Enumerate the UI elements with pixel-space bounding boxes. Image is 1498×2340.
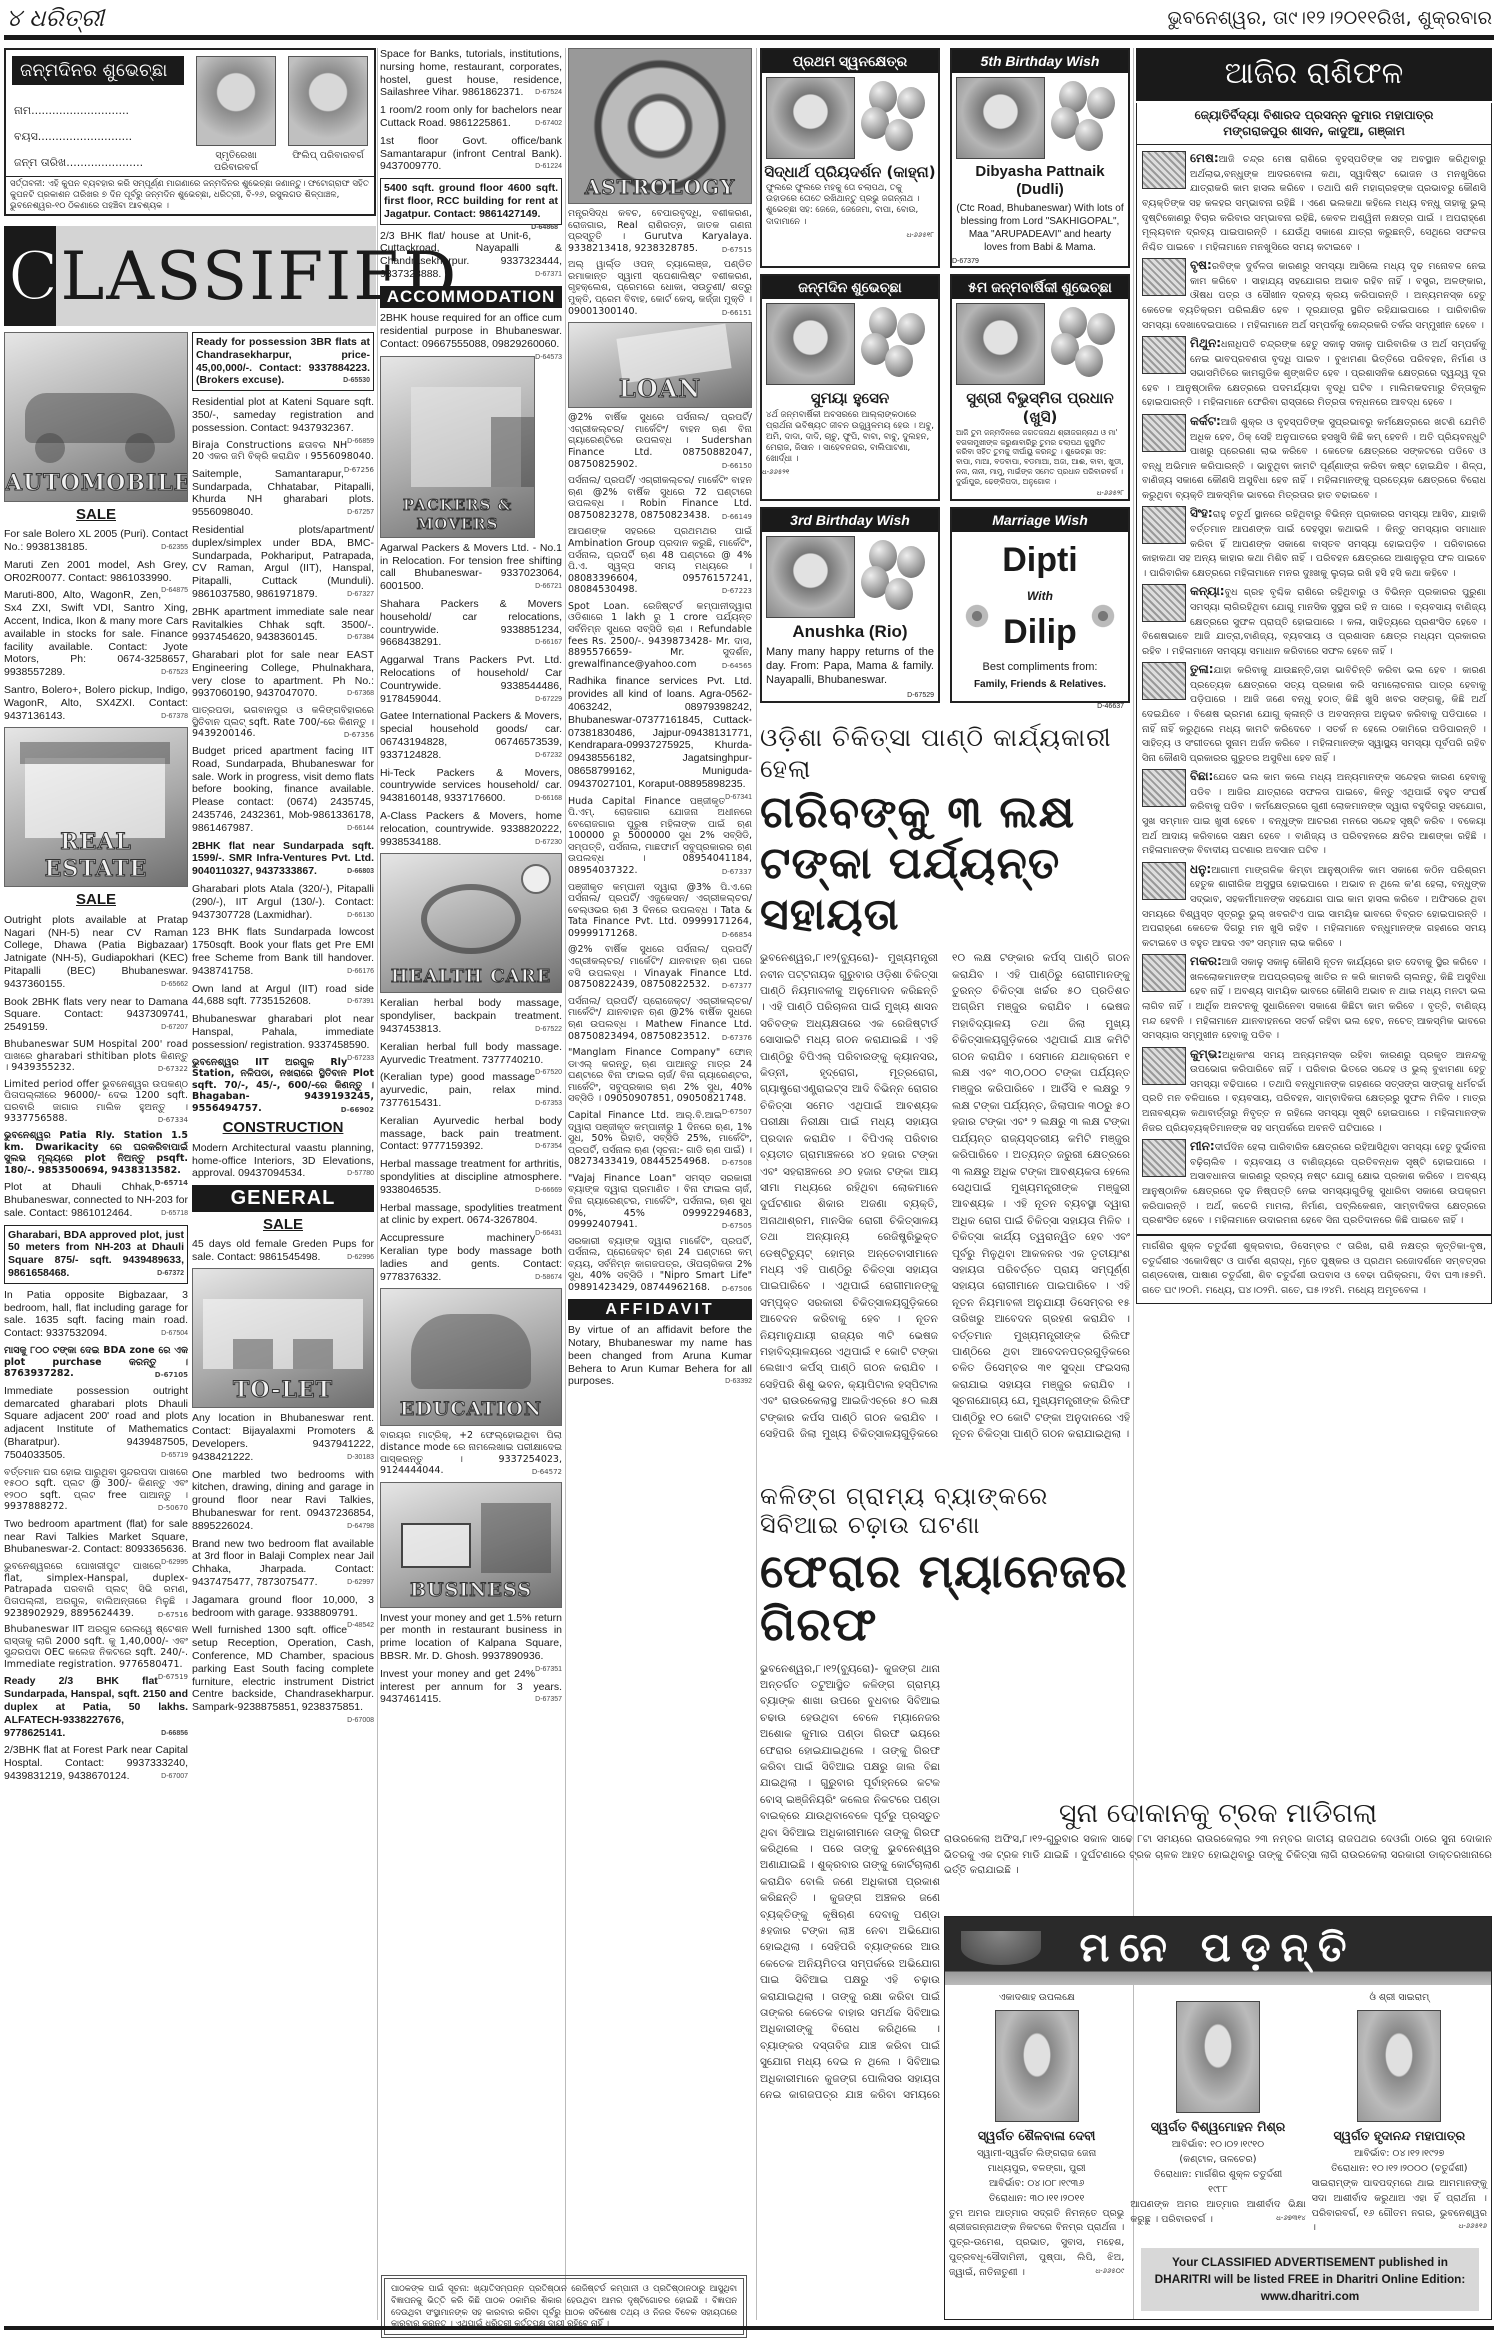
flower-icon bbox=[960, 599, 994, 633]
classified-ad: For sale Bolero XL 2005 (Puri). Contact … bbox=[4, 528, 188, 554]
rashifal-title: ଆଜିର ରାଶିଫଳ bbox=[1136, 48, 1492, 101]
column-1: AUTOMOBILE SALE For sale Bolero XL 2005 … bbox=[4, 332, 188, 2320]
wish-message: ଫୁଲରେ ଫୁଲରେ ମହକୁ ତୋ ଚଲାପଥ, ତକୁ ଉହାଡରେ ତୋ… bbox=[762, 181, 938, 231]
classified-ad-boxed: Ready for possession 3BR flats at Chandr… bbox=[192, 332, 374, 391]
affidavit-heading: AFFIDAVIT bbox=[568, 1299, 752, 1321]
classified-ad: Invest your money and get 1.5% return pe… bbox=[380, 1612, 562, 1663]
sample-photo-1 bbox=[196, 56, 276, 146]
classified-ad: ପଞ୍ଜୀକୃତ କମ୍ପାନୀ ଦ୍ୱାରା @3% ପି.ଏ.ରେ ପର୍ସ… bbox=[568, 882, 752, 940]
packers-movers-image: PACKERS & MOVERS bbox=[380, 356, 535, 538]
health-care-caption: HEALTH CARE bbox=[381, 966, 561, 988]
astrology-caption: ASTROLOGY bbox=[569, 175, 751, 199]
classified-ad: Limited period offer ଭୁବନେଶ୍ୱର ଉପକଣ୍ଠ ପି… bbox=[4, 1079, 188, 1125]
taurus-icon bbox=[1142, 258, 1186, 296]
automobile-caption: AUTOMOBILE bbox=[5, 470, 187, 497]
person-detail: ୧୯୮୮ bbox=[1130, 2183, 1305, 2198]
classified-ad: ଆପଣଙ୍କ ସହରରେ ପ୍ରଥମଥର ପାଇଁ Ambination Gro… bbox=[568, 526, 752, 595]
construction-heading: CONSTRUCTION bbox=[192, 1119, 374, 1137]
column-3: Space for Banks, tutorials, institutions… bbox=[380, 48, 562, 2276]
story-1-headline: ଗରିବଙ୍କୁ ୩ ଲକ୍ଷ ଟଙ୍କା ପର୍ଯ୍ୟନ୍ତ ସହାୟତା bbox=[760, 788, 1130, 940]
story-2-kicker: କଳିଙ୍ଗ ଗ୍ରାମ୍ୟ ବ୍ୟାଙ୍କରେ ସିବିଆଇ ଚଢ଼ାଉ ଘଟ… bbox=[760, 1482, 1130, 1541]
sample-photo-1-caption: ସ୍ମୃତିରେଖା ପରିବାରବର୍ଗ bbox=[196, 150, 276, 175]
sagittarius-icon bbox=[1142, 862, 1186, 900]
rashi-entry-mesha: ମେଷ:ଆଜି ଚନ୍ଦ୍ର ମେଷ ରାଶିରେ ବୃହସ୍ପତିଙ୍କ ସହ… bbox=[1142, 149, 1486, 255]
classified-ad: Agarwal Packers & Movers Ltd. - No.1 in … bbox=[380, 542, 562, 593]
classified-ad: Own land at Argul (IIT) road side 44,688… bbox=[192, 983, 374, 1009]
person-detail: ଆବିର୍ଭାବ: ୦୪।୦୮।୧୯୩୬ bbox=[949, 2177, 1124, 2192]
coupon-name-field[interactable]: ନାମ............................ bbox=[14, 104, 129, 118]
classified-ad: "Manglam Finance Company" ଫୋନ୍ ଡାଏଲ୍ କରନ… bbox=[568, 1047, 752, 1105]
person-photo bbox=[1357, 2010, 1441, 2122]
person-detail: ସ୍ୱାମୀ-ସ୍ୱର୍ଗତ ଲିଙ୍ଗରାଜ ଜେନା bbox=[949, 2147, 1124, 2162]
ad-code: D-67379 bbox=[952, 258, 1128, 267]
wish-card: ୫ମ ଜନ୍ମବାର୍ଷିକୀ ଶୁଭେଚ୍ଛା ସୁଶ୍ରୀ ବିଭୁସ୍ମି… bbox=[950, 274, 1130, 501]
aries-icon bbox=[1142, 151, 1186, 189]
wish-title: ୫ମ ଜନ୍ମବାର୍ଷିକୀ ଶୁଭେଚ୍ଛା bbox=[952, 276, 1128, 299]
obituary-pre: ଏକାଦଶାହ ଉପଲକ୍ଷେ bbox=[949, 1991, 1124, 2006]
loan-image: LOAN bbox=[568, 322, 752, 408]
classified-ad: Well furnished 1300 sqft. office setup R… bbox=[192, 1624, 374, 1714]
loan-caption: LOAN bbox=[569, 374, 751, 403]
wish-title: ପ୍ରଥମ ସ୍ୱନକ୍ଷେତ୍ର bbox=[762, 50, 938, 73]
real-estate-ads-col2: Ready for possession 3BR flats at Chandr… bbox=[192, 332, 374, 1114]
person-photo bbox=[1176, 2001, 1260, 2113]
classified-ad: ମାସକୁ ୮୦୦ ଟଙ୍କା ଦେଇ BDA zone ରେ ଏକ plot … bbox=[4, 1345, 188, 1380]
coupon-title: ଜନ୍ମଦିନର ଶୁଭେଚ୍ଛା bbox=[12, 56, 184, 85]
classified-ad: ଅଲ୍ ୱାର୍ଲ୍ଡ ଓପନ୍ ଚ୍ୟାଲେଞ୍ଜ, ପଣ୍ଡିତ ରମାକା… bbox=[568, 259, 752, 317]
story-3-body: ରାଉରକେଲା ଅଫିସ,୮।୧୨-ଗୁରୁବାର ସକାଳ ସାଢେ ୮ଟା… bbox=[944, 1832, 1492, 1879]
classified-ad-boxed: Gharabari, BDA approved plot, just 50 me… bbox=[4, 1225, 188, 1284]
cancer-icon bbox=[1142, 414, 1186, 452]
person-detail: ମାଧ୍ୟପୁର, ବଳଙ୍ଗା, ପୁରୀ bbox=[949, 2162, 1124, 2177]
person-detail: ତିରୋଧାନ: ୧୦।୧୨।୨୦୦୦ (ଚତୁର୍ଦ୍ଦଶୀ) bbox=[1312, 2162, 1487, 2177]
wish-title: 5th Birthday Wish bbox=[952, 50, 1128, 73]
classified-ad: Keralian Ayurvedic herbal body massage, … bbox=[380, 1115, 562, 1153]
sample-photo-2 bbox=[288, 56, 368, 146]
classified-ad: 123 BHK flats Sundarpada lowcost 1750sqf… bbox=[192, 926, 374, 977]
classified-ad: Huda Capital Finance ପଞ୍ଜୀକୃତ ପି.ଏମ୍. ରୋ… bbox=[568, 796, 752, 877]
classified-ad: 2/3BHK flat at Forest Park near Capital … bbox=[4, 1744, 188, 1782]
coupon-age-field[interactable]: ବୟସ........................... bbox=[14, 130, 132, 144]
classified-ad: Jagamara ground floor 10,000, 3 bedroom … bbox=[192, 1594, 374, 1620]
person-name: ସ୍ୱର୍ଗତ ଶୈଳବାଳା ଦେବୀ bbox=[949, 2126, 1124, 2145]
person-detail: ତିରୋଧାନ: ୩୦।୧୧।୨୦୧୧ bbox=[949, 2192, 1124, 2207]
person-photo bbox=[995, 2010, 1079, 2122]
marriage-from: Family, Friends & Relatives. bbox=[952, 679, 1128, 691]
real-estate-sale-heading: SALE bbox=[4, 891, 188, 909]
scorpio-icon bbox=[1142, 769, 1186, 807]
column-divider bbox=[565, 48, 566, 2320]
accommodation-heading: ACCOMMODATION bbox=[380, 286, 562, 309]
story-1-body: ଭୁବନେଶ୍ୱର,୮।୧୨(ବ୍ୟୁରୋ)- ମୁଖ୍ୟମନ୍ତ୍ରୀ ନବୀ… bbox=[760, 950, 1130, 1470]
classified-ad: Modern Architectural vaastu planning, ho… bbox=[192, 1142, 374, 1180]
classified-ad: 1 room/2 room only for bachelors near Cu… bbox=[380, 104, 562, 130]
real-estate-caption: REAL ESTATE bbox=[5, 829, 187, 883]
to-let-image: TO-LET bbox=[192, 1268, 374, 1408]
classified-ad: Invest your money and get 24% interest p… bbox=[380, 1668, 562, 1706]
balloons-icon bbox=[1049, 303, 1124, 383]
classified-ad: ବର୍ତ୍ତମାନ ଘର ହୋଇ ପାରୁଥିବା ସୁନ୍ଦରପଦା ପାଖର… bbox=[4, 1467, 188, 1513]
classified-ad: By virtue of an affidavit before the Not… bbox=[568, 1324, 752, 1388]
classified-ad: Maruti Zen 2001 model, Ash Grey, OR02R00… bbox=[4, 559, 188, 585]
page-label: ୪ ଧରିତ୍ରୀ bbox=[6, 4, 104, 32]
rashi-entry-makara: ମକର:ଆଜି ସକାଳୁ ସକାଳୁ କୌଣସି ନୂତନ କାର୍ଯ୍ୟରେ… bbox=[1142, 952, 1486, 1043]
marriage-wish-card: Marriage Wish Dipti With Dilip Best comp… bbox=[950, 507, 1130, 703]
marriage-compliments: Best compliments from: bbox=[952, 661, 1128, 674]
classified-ad: Bhubaneswar IIT ଅରଗୁଳ ରେଲୱେ ଷ୍ଟେଶନ ରାସ୍ତ… bbox=[4, 1624, 188, 1670]
obituary-banner: ମନେ ପଡ଼ନ୍ତି bbox=[945, 1917, 1491, 1985]
classified-ad: Radhika finance services Pvt. Ltd. provi… bbox=[568, 675, 752, 790]
child-photo bbox=[766, 536, 855, 618]
classified-ad: Ready 2/3 BHK flat Sundarpada, Hanspal, … bbox=[4, 1675, 188, 1739]
coupon-terms: ସର୍ତ୍ତାବଳୀ: ଏହି କୁପନ ବ୍ୟବହାର କରି ସମ୍ପୂର୍… bbox=[6, 176, 374, 214]
wish-message: ୪ର୍ଥ ଜନ୍ମବାର୍ଷିକୀ ଅବସରରେ ଆଲ୍ଲାଙ୍କଠାରେ ପ୍… bbox=[762, 408, 938, 469]
column-2: Ready for possession 3BR flats at Chandr… bbox=[192, 332, 374, 2320]
general-sale-heading: SALE bbox=[192, 1216, 374, 1234]
classified-ad: Shahara Packers & Movers household/ car … bbox=[380, 598, 562, 649]
marriage-name-1: Dipti bbox=[952, 542, 1128, 579]
classified-ad: Maruti-800, Alto, WagonR, Zen, Sx4 ZXI, … bbox=[4, 589, 188, 679]
rashifal-body: ମେଷ:ଆଜି ଚନ୍ଦ୍ର ମେଷ ରାଶିରେ ବୃହସ୍ପତିଙ୍କ ସହ… bbox=[1136, 145, 1492, 1234]
classified-ad: Accupressure machinery Keralian type bod… bbox=[380, 1232, 562, 1283]
classified-ad: 2BHK flat near Sundarpada sqft. 1599/-. … bbox=[192, 840, 374, 878]
obituary-pre: ଓଁ ଶ୍ରୀ ସାଇରାମ୍ bbox=[1312, 1991, 1487, 2006]
classified-ad: Residential plots/apartment/ duplex/simp… bbox=[192, 524, 374, 601]
wish-title: 3rd Birthday Wish bbox=[762, 509, 938, 532]
column-divider bbox=[756, 48, 757, 2320]
ad-code: D-67529 bbox=[762, 692, 938, 701]
sample-photo-2-caption: ଫିଲିପ୍ ପରିବାରବର୍ଗ bbox=[288, 150, 368, 162]
wish-message: Many many happy returns of the day. From… bbox=[762, 643, 938, 692]
wish-name: Anushka (Rio) bbox=[762, 622, 938, 643]
author-name: ଜ୍ୟୋତିର୍ବିଦ୍ୟା ବିଶାରଦ ପ୍ରସନ୍ନ କୁମାର ମହାପ… bbox=[1141, 107, 1487, 124]
education-caption: EDUCATION bbox=[381, 1398, 561, 1421]
person-name: ସ୍ୱର୍ଗତ ହୃଦାନନ୍ଦ ମହାପାତ୍ର bbox=[1312, 2126, 1487, 2145]
rashi-entry-simha: ସିଂହ:ରାହୁ ଚତୁର୍ଥ ସ୍ଥାନରେ ରହିଥିବାରୁ ବିଭିନ… bbox=[1142, 504, 1486, 581]
wishes-grid: ପ୍ରଥମ ସ୍ୱନକ୍ଷେତ୍ର ସିଦ୍ଧାର୍ଥ ପ୍ରିୟଦର୍ଶନ (… bbox=[760, 48, 1130, 703]
classified-ad: ଭୁବନେଶ୍ୱରରେ ପୋଖରୀପୁଟ ପାଖରେ flat, simplex… bbox=[4, 1561, 188, 1619]
obituary-block: ମନେ ପଡ଼ନ୍ତି ଏକାଦଶାହ ଉପଲକ୍ଷେ ସ୍ୱର୍ଗତ ଶୈଳବ… bbox=[944, 1916, 1492, 2320]
classified-ad: (Keralian type) good massage ayurvedic, … bbox=[380, 1071, 562, 1109]
child-photo bbox=[956, 77, 1045, 159]
automobile-image: AUTOMOBILE bbox=[4, 332, 188, 502]
classified-ad: "Vajaj Finance Loan" ସମସ୍ତ ସରକାରୀ ବ୍ୟାଙ୍… bbox=[568, 1173, 752, 1231]
classified-ad: Santro, Bolero+, Bolero pickup, Indigo, … bbox=[4, 684, 188, 722]
wish-card: ପ୍ରଥମ ସ୍ୱନକ୍ଷେତ୍ର ସିଦ୍ଧାର୍ଥ ପ୍ରିୟଦର୍ଶନ (… bbox=[760, 48, 940, 268]
classified-ad: One marbled two bedrooms with kitchen, d… bbox=[192, 1469, 374, 1533]
business-image: BUSINESS bbox=[380, 1482, 562, 1608]
classified-ad: Any location in Bhubaneswar rent. Contac… bbox=[192, 1412, 374, 1463]
health-care-image: HEALTH CARE bbox=[380, 853, 562, 993]
classified-ad: Book 2BHK flats very near to Damana Squa… bbox=[4, 996, 188, 1034]
diya-lamp-icon bbox=[961, 1931, 1041, 1965]
wish-card: ଜନ୍ମଦିନ ଶୁଭେଚ୍ଛା ସୁମୟା ହୁସେନ ୪ର୍ଥ ଜନ୍ମବା… bbox=[760, 274, 940, 501]
wish-message: (Ctc Road, Bhubaneswar) With lots of ble… bbox=[952, 200, 1128, 258]
column-divider bbox=[377, 48, 378, 2320]
classified-ad: Residential plot at Kateni Square sqft. … bbox=[192, 396, 374, 434]
news-story-3: ସୁନା ଦୋକାନକୁ ଟ୍ରକ ମାଡିଗଲା ରାଉରକେଲା ଅଫିସ,… bbox=[944, 1790, 1492, 1879]
classified-ad: ଭୁବନେଶ୍ୱର Patia Rly. Station 1.5 km. Dwa… bbox=[4, 1130, 188, 1176]
classified-ad: ସରକାରୀ ବ୍ୟାଙ୍କ ଦ୍ୱାରା ମାର୍କେଟିଂ, ପ୍ରପର୍ଟ… bbox=[568, 1236, 752, 1294]
classified-ad: ପାତ୍ରପଡା, ଭଗବାନପୁର ଓ କଳିଙ୍ଗବିହାରରେ ସ୍ଥିତ… bbox=[192, 705, 374, 740]
obituary-title: ମନେ ପଡ଼ନ୍ତି bbox=[1079, 1925, 1356, 1971]
classified-ad: Outright plots available at Pratap Nagar… bbox=[4, 914, 188, 991]
classified-ad: Keralian herbal body massage, spondylise… bbox=[380, 997, 562, 1035]
child-photo bbox=[766, 77, 855, 159]
automobile-sale-heading: SALE bbox=[4, 506, 188, 524]
packers-movers-caption: PACKERS & MOVERS bbox=[381, 496, 534, 533]
classified-ad: Immediate possession outright demarcated… bbox=[4, 1385, 188, 1462]
gemini-icon bbox=[1142, 336, 1186, 374]
person-detail: ଆବିର୍ଭାବ: ୦୪।୧୨।୧୯୨୭ bbox=[1312, 2147, 1487, 2162]
column-4: ASTROLOGY ମନ୍ତ୍ରସିଦ୍ଧ କବଚ, ବେପାରବୃଦ୍ଧି, … bbox=[568, 48, 752, 2276]
wish-title: ଜନ୍ମଦିନ ଶୁଭେଚ୍ଛା bbox=[762, 276, 938, 299]
ad-code: D-46637 bbox=[760, 703, 1130, 712]
rashi-entry-kanya: କନ୍ୟା:ବୁଧ ଗ୍ରହ ବୃଶ୍ଚିକ ରାଶିରେ ରହିଥିବାରୁ … bbox=[1142, 582, 1486, 659]
classified-ad: A-Class Packers & Movers, home relocatio… bbox=[380, 810, 562, 848]
ad-code: ଧ-୬୬୫୧୮ bbox=[762, 232, 938, 241]
classified-ad: Brand new two bedroom flat available at … bbox=[192, 1538, 374, 1589]
column-6-rashifal: ଆଜିର ରାଶିଫଳ ଜ୍ୟୋତିର୍ବିଦ୍ୟା ବିଶାରଦ ପ୍ରସନ୍… bbox=[1136, 48, 1492, 1928]
flower-icon bbox=[1086, 599, 1120, 633]
classified-ad: ପର୍ସନାଲ/ ପ୍ରପର୍ଟି/ ଏଗ୍ରୀକଲ୍ଚର/ ମାର୍କେଟିଂ… bbox=[568, 475, 752, 521]
classified-ad: @2% ବାର୍ଷିକ ସୁଧରେ ପର୍ସନାଲ/ ପ୍ରପର୍ଟି/ ଏଗ୍… bbox=[568, 944, 752, 990]
classified-ad: Herbal massage treatment for arthritis, … bbox=[380, 1158, 562, 1196]
classified-ad: ମନ୍ତ୍ରସିଦ୍ଧ କବଚ, ବେପାରବୃଦ୍ଧି, ବଶୀକରଣ, ରୋ… bbox=[568, 208, 752, 254]
classified-ad: Gharabari plot for sale near EAST Engine… bbox=[192, 649, 374, 700]
classified-ad: 45 days old female Greden Pups for sale.… bbox=[192, 1238, 374, 1264]
rashi-entry-brusha: ବୃଷ:ରବିଙ୍କ ଦୁର୍ବଳତା କାରଣରୁ ସମସ୍ୟା ଆସିଲେ … bbox=[1142, 256, 1486, 333]
virgo-icon bbox=[1142, 584, 1186, 622]
classified-ad: Capital Finance Ltd. ଆର୍.ବି.ଆଇ ଦ୍ୱାରା ପଞ… bbox=[568, 1110, 752, 1168]
story-2-headline: ଫେରାର ମ୍ୟାନେଜର ଗିରଫ bbox=[760, 1545, 1130, 1651]
person-detail: (କଣ୍ଟାଳ, ତାଳଚେର) bbox=[1130, 2153, 1305, 2168]
classified-ad: Budget priced apartment facing IIT Road,… bbox=[192, 745, 374, 835]
classified-ad: Bhubaneswar SUM Hospital 200' road ପାଖରେ… bbox=[4, 1039, 188, 1074]
classified-ad: ଭୁବନେଶ୍ୱର IIT ଅରଗୁଳ Rly Station, ନଳିପଡା,… bbox=[192, 1057, 374, 1115]
online-edition-notice: Your CLASSIFIED ADVERTISEMENT published … bbox=[1141, 2248, 1479, 2311]
wish-message: ଆଜି ତୁମ ଜନ୍ମଦିନରେ ଜଗତଜନାଥ ଶ୍ରୀଜଗନ୍ନାଥ ଓ … bbox=[952, 426, 1128, 491]
classified-ad: Gharabari plots Atala (320/-), Pitapalli… bbox=[192, 883, 374, 921]
rashi-entry-dhanu: ଧନୁ:ଆଗାମୀ ମାଙ୍ଗଳିକ କିମ୍ବା ଆନୁଷ୍ଠାନିକ କାମ… bbox=[1142, 860, 1486, 951]
classified-ad: Spot Loan. ରେଜିଷ୍ଟର୍ଡ କମ୍ପାନୀଦ୍ୱାରା ଓଡିଶ… bbox=[568, 601, 752, 670]
astrology-image: ASTROLOGY bbox=[568, 48, 752, 204]
obituary-person: ଓଁ ଶ୍ରୀ ସାଇରାମ୍ ସ୍ୱର୍ଗତ ହୃଦାନନ୍ଦ ମହାପାତ୍… bbox=[1312, 1989, 1487, 2281]
classified-ad: 1st floor Govt. office/bank Samantarapur… bbox=[380, 135, 562, 173]
general-heading: GENERAL bbox=[192, 1185, 374, 1211]
classified-ad: Gatee International Packers & Movers, sp… bbox=[380, 710, 562, 761]
birthday-coupon: ଜନ୍ମଦିନର ଶୁଭେଚ୍ଛା ନାମ...................… bbox=[4, 48, 376, 216]
story-2-body: ଭୁବନେଶ୍ୱର,୮।୧୨(ବ୍ୟୁରୋ)- କୁଜଙ୍ଗ ଥାନା ଅନ୍ତ… bbox=[760, 1661, 940, 2121]
child-photo bbox=[766, 303, 855, 385]
classified-ad: Saitemple, Samantarapur, Sundarpada, Chh… bbox=[192, 468, 374, 519]
classified-ad: Space for Banks, tutorials, institutions… bbox=[380, 48, 562, 99]
real-estate-ads-col1: Outright plots available at Pratap Nagar… bbox=[4, 914, 188, 1783]
classified-ad: 2BHK house required for an office cum re… bbox=[380, 312, 562, 350]
wish-name: Dibyasha Pattnaik (Dudli) bbox=[952, 163, 1128, 200]
ad-code: ଧ-୬୬୫୨୧ bbox=[762, 469, 938, 478]
libra-icon bbox=[1142, 662, 1186, 700]
person-message: ଆପଣଙ୍କ ଅମର ଆତ୍ମାର ଆଶୀର୍ବାଦ ଭିକ୍ଷା କରୁଛୁ … bbox=[1130, 2198, 1305, 2228]
classified-banner: CLASSIFIED bbox=[4, 226, 376, 326]
dateline: ଭୁବନେଶ୍ୱର, ତା୯।୧୨।୨୦୧୧ରିଖ, ଶୁକ୍ରବାର bbox=[1168, 7, 1492, 29]
panchang: ମାର୍ଗଶିର ଶୁକ୍ଳ ଚତୁର୍ଦ୍ଦଶୀ ଶୁକ୍ରବାର, ଡିସେ… bbox=[1136, 1235, 1492, 1304]
classified-ad: Herbal massage, spodylities treatment at… bbox=[380, 1202, 562, 1228]
person-message: ସାଇରାମ୍‌ଙ୍କ ପାଦପଦ୍ମରେ ଥାଇ ଆମମାନଙ୍କୁ ସଦା … bbox=[1312, 2177, 1487, 2236]
rashi-entry-karkata: କର୍କଟ:ଆଜି ଶୁକ୍ର ଓ ବୃହସ୍ପତିଙ୍କ ସୁପ୍ରଭାବରୁ… bbox=[1142, 412, 1486, 503]
wish-card: 5th Birthday Wish Dibyasha Pattnaik (Dud… bbox=[950, 48, 1130, 268]
balloons-icon bbox=[859, 536, 934, 616]
rashi-entry-mithuna: ମିଥୁନ:ଧନାଧିପତି ଚନ୍ଦ୍ରଙ୍କ ହେତୁ ସକାଳୁ ସକାଳ… bbox=[1142, 334, 1486, 411]
classified-ad: In Patia opposite Bigbazaar, 3 bedroom, … bbox=[4, 1289, 188, 1340]
classified-ad: Bhubaneswar gharabari plot near Hanspal,… bbox=[192, 1013, 374, 1051]
to-let-caption: TO-LET bbox=[193, 1377, 373, 1404]
wish-card: 3rd Birthday Wish Anushka (Rio) Many man… bbox=[760, 507, 940, 703]
classified-ad: @2% ବାର୍ଷିକ ସୁଧରେ ପର୍ସନାଲ/ ପ୍ରପର୍ଟି/ ଏଗ୍… bbox=[568, 412, 752, 470]
story-1-kicker: ଓଡ଼ିଶା ଚିକିତ୍ସା ପାଣ୍ଠି କାର୍ଯ୍ୟକାରୀ ହେଲା bbox=[760, 723, 1130, 784]
rashi-entry-tula: ତୁଳା:ଯାହା କରିବାକୁ ଯାଉଛନ୍ତି,ତାହା ଭାବିଚିନ୍… bbox=[1142, 660, 1486, 766]
birthday-coupon-region: ଜନ୍ମଦିନର ଶୁଭେଚ୍ଛା ନାମ...................… bbox=[4, 48, 376, 334]
business-caption: BUSINESS bbox=[381, 1579, 561, 1602]
classified-ad: Biraja Constructions ଛତାବର NH 20 ଏକର ଜମି… bbox=[192, 440, 374, 463]
story-3-headline: ସୁନା ଦୋକାନକୁ ଟ୍ରକ ମାଡିଗଲା bbox=[944, 1798, 1492, 1830]
obituary-person: ଏକାଦଶାହ ଉପଲକ୍ଷେ ସ୍ୱର୍ଗତ ଶୈଳବାଳା ଦେବୀ ସ୍ୱ… bbox=[949, 1989, 1124, 2281]
rashi-entry-bichha: ବିଛା:ଯେତେ ଭଲ କାମ କଲେ ମଧ୍ୟ ଅନ୍ୟମାନଙ୍କ ସନ୍… bbox=[1142, 767, 1486, 858]
person-name: ସ୍ୱର୍ଗତ ବିଶ୍ୱମୋହନ ମିଶ୍ର bbox=[1130, 2117, 1305, 2136]
classified-initial: C bbox=[8, 238, 61, 315]
balloons-icon bbox=[1049, 77, 1124, 157]
author-place: ମଙ୍ଗରାଜପୁର ଶାସନ, କାଦୁଆ, ଗଞ୍ଜାମ bbox=[1141, 123, 1487, 140]
masthead: ୪ ଧରିତ୍ରୀ ଭୁବନେଶ୍ୱର, ତା୯।୧୨।୨୦୧୧ରିଖ, ଶୁକ… bbox=[4, 0, 1494, 40]
classified-ad: 2/3 BHK flat/ house at Unit-6, Cuttackro… bbox=[380, 230, 562, 281]
capricorn-icon bbox=[1142, 954, 1186, 992]
classified-ad: Two bedroom apartment (flat) for sale ne… bbox=[4, 1518, 188, 1556]
aquarius-icon bbox=[1142, 1047, 1186, 1085]
ad-code: ଧ-୬୬୫୨୮ bbox=[952, 490, 1128, 499]
wish-name: ସୁମୟା ହୁସେନ bbox=[762, 389, 938, 407]
child-photo bbox=[956, 303, 1045, 385]
classified-ad: Keralian herbal full body massage. Ayurv… bbox=[380, 1041, 562, 1067]
rashi-entry-kumbha: କୁମ୍ଭ:ଅଧିକାଂଶ ସମୟ ଅନ୍ୟମନସ୍କ ରହିବା କାରଣରୁ… bbox=[1142, 1045, 1486, 1136]
classified-ad-boxed: 5400 sqft. ground floor 4600 sqft. first… bbox=[380, 178, 562, 224]
education-image: EDUCATION bbox=[380, 1288, 562, 1426]
classified-ad: 2BHK apartment immediate sale near Ravit… bbox=[192, 606, 374, 644]
pisces-icon bbox=[1142, 1139, 1186, 1177]
wish-name: ସୁଶ୍ରୀ ବିଭୁସ୍ମିତା ପ୍ରଧାନ (ଖୁସି) bbox=[952, 389, 1128, 426]
balloons-icon bbox=[859, 303, 934, 383]
automobile-ads: For sale Bolero XL 2005 (Puri). Contact … bbox=[4, 528, 188, 722]
real-estate-image: REAL ESTATE bbox=[4, 727, 188, 887]
rashifal-author: ଜ୍ୟୋତିର୍ବିଦ୍ୟା ବିଶାରଦ ପ୍ରସନ୍ନ କୁମାର ମହାପ… bbox=[1136, 103, 1492, 146]
person-message: ତୁମ ଅମର ଆତ୍ମାର ସଦ୍‌ଗତି ନିମନ୍ତେ ପ୍ରଭୁ ଶ୍ର… bbox=[949, 2207, 1124, 2281]
news-story-1: ଓଡ଼ିଶା ଚିକିତ୍ସା ପାଣ୍ଠି କାର୍ଯ୍ୟକାରୀ ହେଲା … bbox=[760, 723, 1130, 1470]
footer-rule bbox=[4, 2326, 1494, 2330]
person-detail: ତିରୋଧାନ: ମାର୍ଗଶିର ଶୁକ୍ଳ ଚତୁର୍ଦ୍ଦଶୀ bbox=[1130, 2168, 1305, 2183]
wish-name: ସିଦ୍ଧାର୍ଥ ପ୍ରିୟଦର୍ଶନ (କାହ୍ନା) bbox=[762, 163, 938, 181]
classified-ad: ପର୍ସନାଲ/ ପ୍ରପର୍ଟି/ ପ୍ରୋଜେକ୍ଟ/ ଏଗ୍ରୀକଲ୍ଚର… bbox=[568, 996, 752, 1042]
classified-ad: Hi-Teck Packers & Movers, countrywide se… bbox=[380, 767, 562, 805]
classified-ad: ବାରୟର ମାଟ୍ରିକ୍, +2 ଫେଲ୍ହୋଇଥିବା ପିଲା dist… bbox=[380, 1430, 562, 1476]
balloons-icon bbox=[859, 77, 934, 157]
marriage-wish-title: Marriage Wish bbox=[952, 509, 1128, 532]
obituary-person: ସ୍ୱର୍ଗତ ବିଶ୍ୱମୋହନ ମିଶ୍ର ଆବିର୍ଭାବ: ୧୦।୦୨।… bbox=[1130, 1989, 1305, 2281]
classified-ad: Aggarwal Trans Packers Pvt. Ltd. Relocat… bbox=[380, 654, 562, 705]
rashi-entry-mina: ମୀନ:ଦୀର୍ଘଦିନ ହେଲା ପାରିବାରିକ କ୍ଷେତ୍ରରେ ରହ… bbox=[1142, 1137, 1486, 1228]
person-detail: ଆବିର୍ଭାବ: ୧୦।୦୨।୧୯୧୦ bbox=[1130, 2138, 1305, 2153]
coupon-dob-field[interactable]: ଜନ୍ମ ତାରିଖ...................... bbox=[14, 156, 143, 170]
leo-icon bbox=[1142, 506, 1186, 544]
